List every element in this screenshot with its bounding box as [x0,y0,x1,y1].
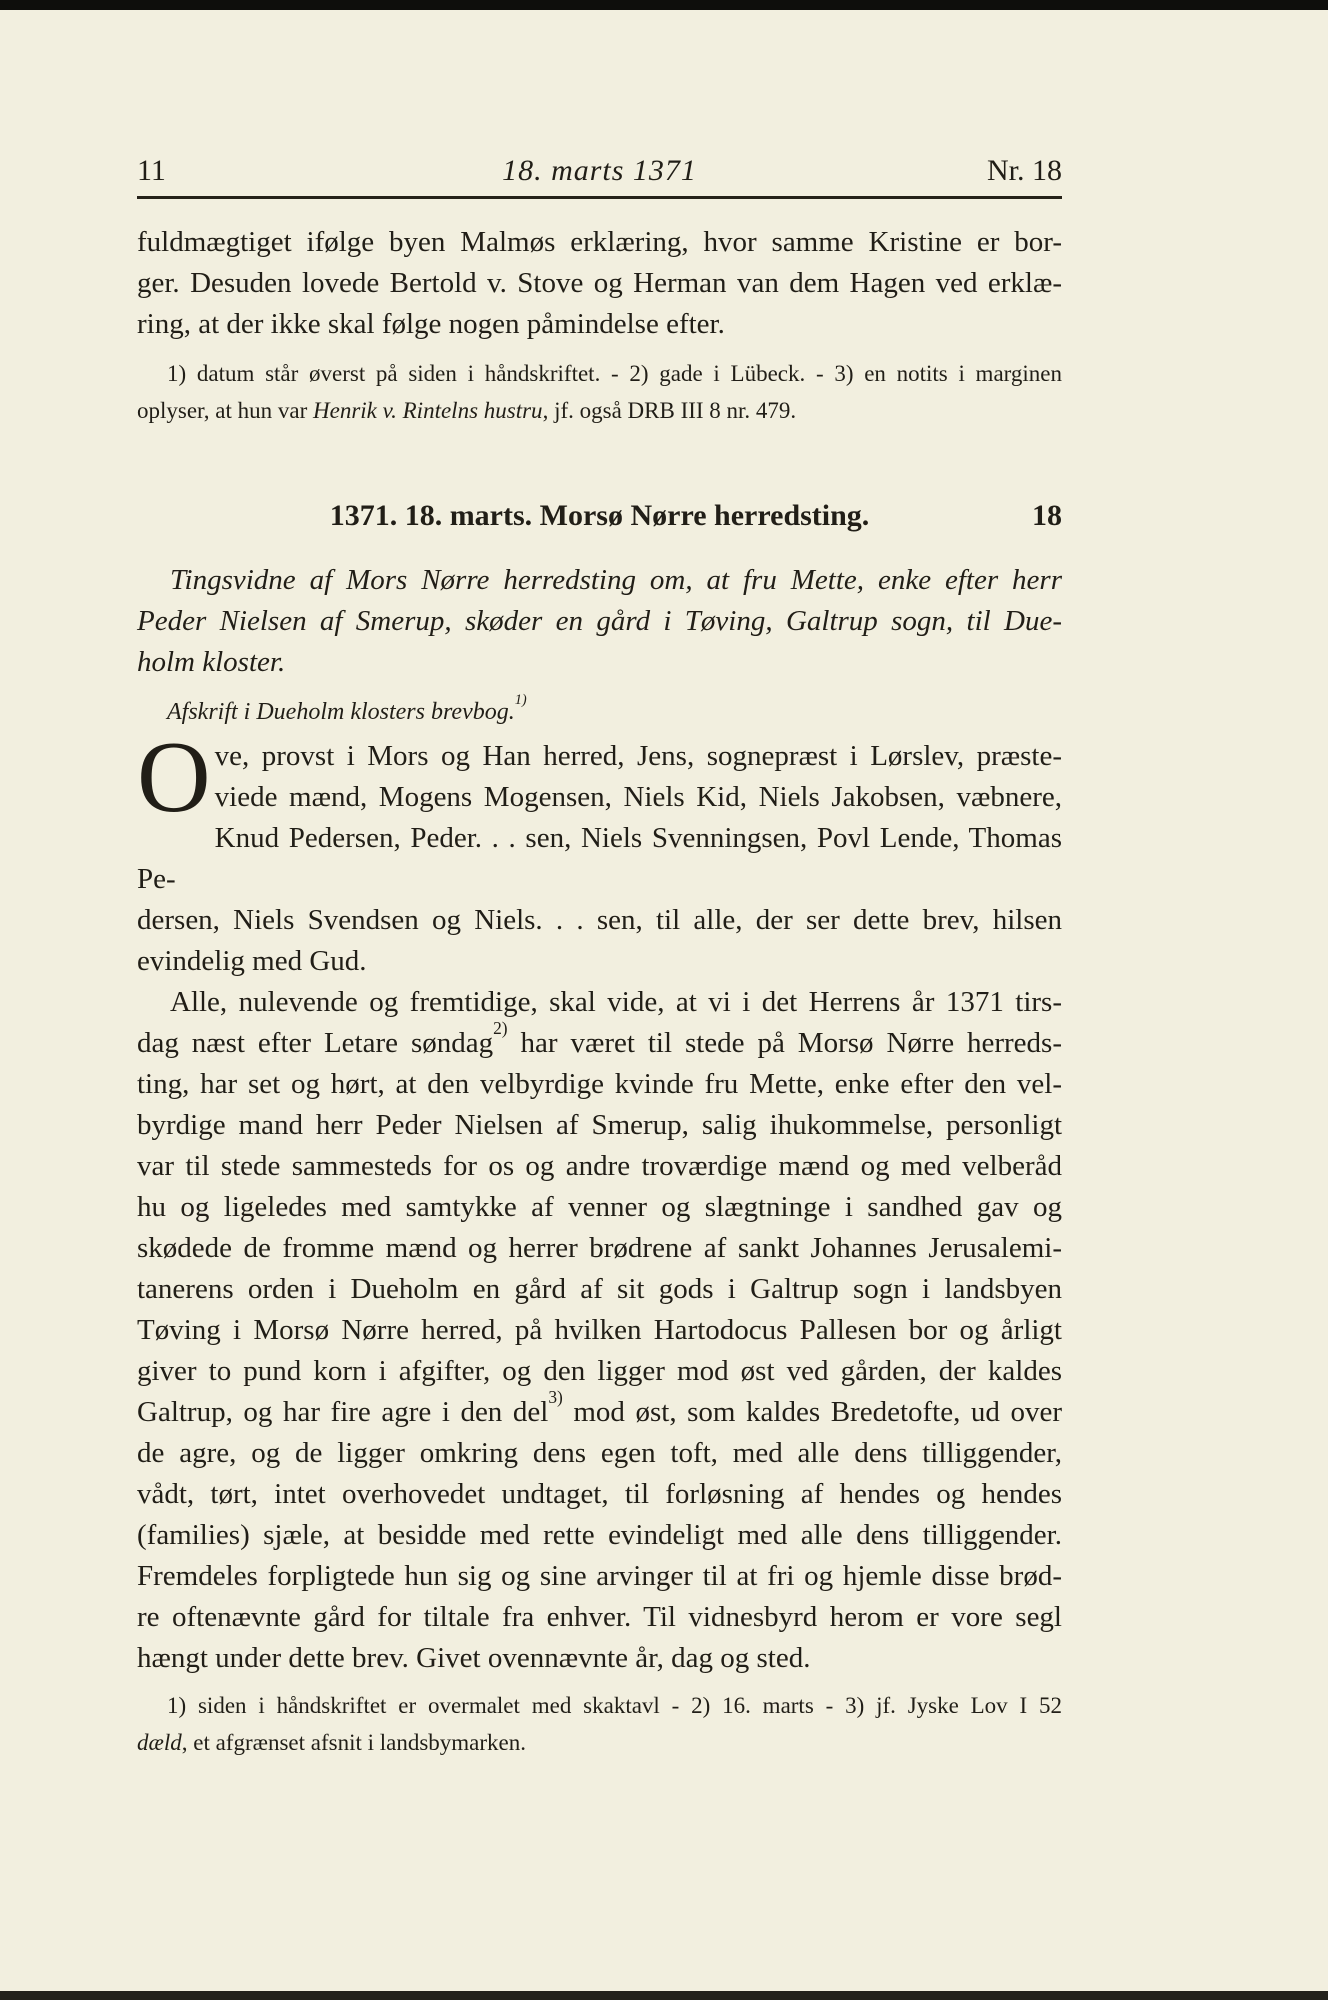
line-text: har været til stede på Morsø Nørre herre… [508,1027,1062,1059]
line-text: dag næst efter Letare søndag [137,1027,493,1059]
text-line: (families) sjæle, at besidde med rette e… [137,1515,1062,1556]
text-line: tanerens orden i Dueholm en gård af sit … [137,1269,1062,1310]
entry-heading-row: 1371. 18. marts. Morsø Nørre herredsting… [137,495,1062,536]
text-line: dersen, Niels Svendsen og Niels. . . sen… [137,900,1062,941]
page-header: 11 18. marts 1371 Nr. 18 [137,150,1062,191]
text-column: 11 18. marts 1371 Nr. 18 fuldmægtiget if… [137,150,1062,1761]
intro-paragraph: fuldmægtiget ifølge byen Malmøs erklærin… [137,222,1062,345]
text-line: dag næst efter Letare søndag2) har været… [137,1023,1062,1064]
drop-cap: O [137,738,211,820]
document-number: Nr. 18 [987,150,1062,191]
text-line: ger. Desuden lovede Bertold v. Stove og … [137,263,1062,304]
text-line: ve, provst i Mors og Han herred, Jens, s… [137,736,1062,777]
footnote-line: oplyser, at hun var Henrik v. Rintelns h… [137,392,1062,429]
text-line: byrdige mand herr Peder Nielsen af Smeru… [137,1105,1062,1146]
main-paragraph-2: Alle, nulevende og fremtidige, skal vide… [137,982,1062,1679]
footnote-text: , jf. også DRB III 8 nr. 479. [543,398,797,423]
line-text: Galtrup, og har fire agre i den del [137,1396,548,1428]
main-paragraph-1: O ve, provst i Mors og Han herred, Jens,… [137,736,1062,982]
entry-heading: 1371. 18. marts. Morsø Nørre herredsting… [330,499,870,532]
text-line: ring, at der ikke skal følge nogen påmin… [137,304,1062,345]
text-line: holm kloster. [137,642,1062,683]
text-line: evindelig med Gud. [137,941,1062,982]
entry-summary: Tingsvidne af Mors Nørre herredsting om,… [137,560,1062,683]
entry-number: 18 [1032,495,1062,536]
footnote-line: dæld, et afgrænset afsnit i landsbymarke… [137,1724,1062,1761]
text-line: giver to pund korn i afgifter, og den li… [137,1351,1062,1392]
footnote-line: 1) siden i håndskriftet er overmalet med… [137,1687,1062,1724]
footnote-block-top: 1) datum står øverst på siden i håndskri… [137,355,1062,429]
footnote-line: 1) datum står øverst på siden i håndskri… [137,355,1062,392]
footnote-italic-text: dæld [137,1730,182,1755]
page-number: 11 [137,150,166,191]
line-text: mod øst, som kaldes Bredetofte, ud over [563,1396,1062,1428]
page-bottom-border [0,1991,1328,2000]
text-line: hængt under dette brev. Givet ovennævnte… [137,1638,1062,1679]
text-line: Peder Nielsen af Smerup, skøder en gård … [137,601,1062,642]
text-line: fuldmægtiget ifølge byen Malmøs erklærin… [137,222,1062,263]
source-note: Afskrift i Dueholm klosters brevbog.1) [137,695,1062,730]
footnote-text: oplyser, at hun var [137,398,313,423]
running-title: 18. marts 1371 [137,150,1062,191]
footnote-marker: 2) [493,1018,508,1038]
book-page-scan: 11 18. marts 1371 Nr. 18 fuldmægtiget if… [0,0,1328,2000]
text-line: de agre, og de ligger omkring dens egen … [137,1433,1062,1474]
text-line: vådt, tørt, intet overhovedet undtaget, … [137,1474,1062,1515]
footnote-text: , et afgrænset afsnit i landsbymarken. [182,1730,526,1755]
footnote-marker: 1) [515,692,527,708]
footnote-block-bottom: 1) siden i håndskriftet er overmalet med… [137,1687,1062,1761]
source-text: Afskrift i Dueholm klosters brevbog. [167,699,515,725]
text-line: Tøving i Morsø Nørre herred, på hvilken … [137,1310,1062,1351]
text-line: Tingsvidne af Mors Nørre herredsting om,… [137,560,1062,601]
text-line: ting, har set og hørt, at den velbyrdige… [137,1064,1062,1105]
text-line: re oftenævnte gård for tiltale fra enhve… [137,1597,1062,1638]
footnote-italic-text: Henrik v. Rintelns hustru [313,398,543,423]
text-line: skødede de fromme mænd og herrer brødren… [137,1228,1062,1269]
text-line: viede mænd, Mogens Mogensen, Niels Kid, … [137,777,1062,818]
text-line: hu og ligeledes med samtykke af venner o… [137,1187,1062,1228]
header-rule [137,196,1062,199]
text-line: Fremdeles forpligtede hun sig og sine ar… [137,1556,1062,1597]
text-line: var til stede sammesteds for os og andre… [137,1146,1062,1187]
text-line: Alle, nulevende og fremtidige, skal vide… [137,982,1062,1023]
text-line: Knud Pedersen, Peder. . . sen, Niels Sve… [137,818,1062,900]
footnote-marker: 3) [548,1387,563,1407]
text-line: Galtrup, og har fire agre i den del3) mo… [137,1392,1062,1433]
page-top-border [0,0,1328,10]
